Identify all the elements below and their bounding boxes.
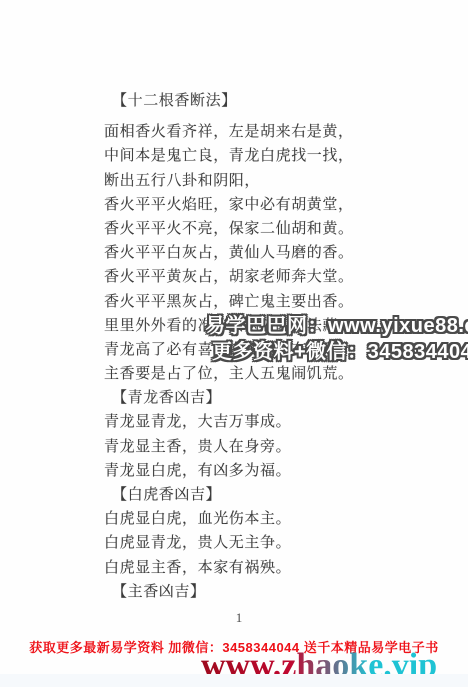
section-title: 【白虎香凶吉】 (104, 483, 354, 507)
section-title: 【十二根香断法】 (104, 89, 354, 113)
section-title: 【主香凶吉】 (104, 580, 354, 604)
verse-line: 香火平平火焰旺，家中必有胡黄堂， (104, 193, 354, 217)
page-number: 1 (0, 610, 468, 626)
watermark-site-line: 易学巴巴网：www.yixue88.cn (205, 314, 468, 338)
verse-line: 香火平平黄灰占，胡家老师奔大堂。 (104, 265, 354, 289)
verse-line: 白虎显白虎，血光伤本主。 (104, 507, 354, 531)
verse-line: 面相香火看齐祥，左是胡来右是黄， (104, 120, 354, 144)
verse-line: 香火平平白灰占，黄仙人马磨的香。 (104, 241, 354, 265)
verse-line: 主香要是占了位，主人五鬼闹饥荒。 (104, 362, 354, 386)
bottom-edge-bar (0, 674, 468, 687)
verse-line: 断出五行八卦和阴阳， (104, 169, 354, 193)
verse-line: 青龙显白虎，有凶多为福。 (104, 459, 354, 483)
scanned-document-page: 【十二根香断法】面相香火看齐祥，左是胡来右是黄，中间本是鬼亡良，青龙白虎找一找，… (0, 0, 468, 687)
verse-line: 青龙显青龙，大吉万事成。 (104, 410, 354, 434)
verse-line: 白虎显青龙，贵人无主争。 (104, 531, 354, 555)
watermark-overlay: 易学巴巴网：www.yixue88.cn 更多资料+微信：3458344044 (205, 314, 468, 364)
verse-line: 中间本是鬼亡良，青龙白虎找一找， (104, 144, 354, 168)
verse-line: 香火平平黑灰占，碑亡鬼主要出香。 (104, 290, 354, 314)
section-title: 【青龙香凶吉】 (104, 386, 354, 410)
watermark-wechat-line: 更多资料+微信：3458344044 (212, 340, 468, 364)
verse-line: 香火平平火不亮，保家二仙胡和黄。 (104, 217, 354, 241)
verse-line: 白虎显主香，本家有祸殃。 (104, 556, 354, 580)
verse-line: 青龙显主香，贵人在身旁。 (104, 435, 354, 459)
